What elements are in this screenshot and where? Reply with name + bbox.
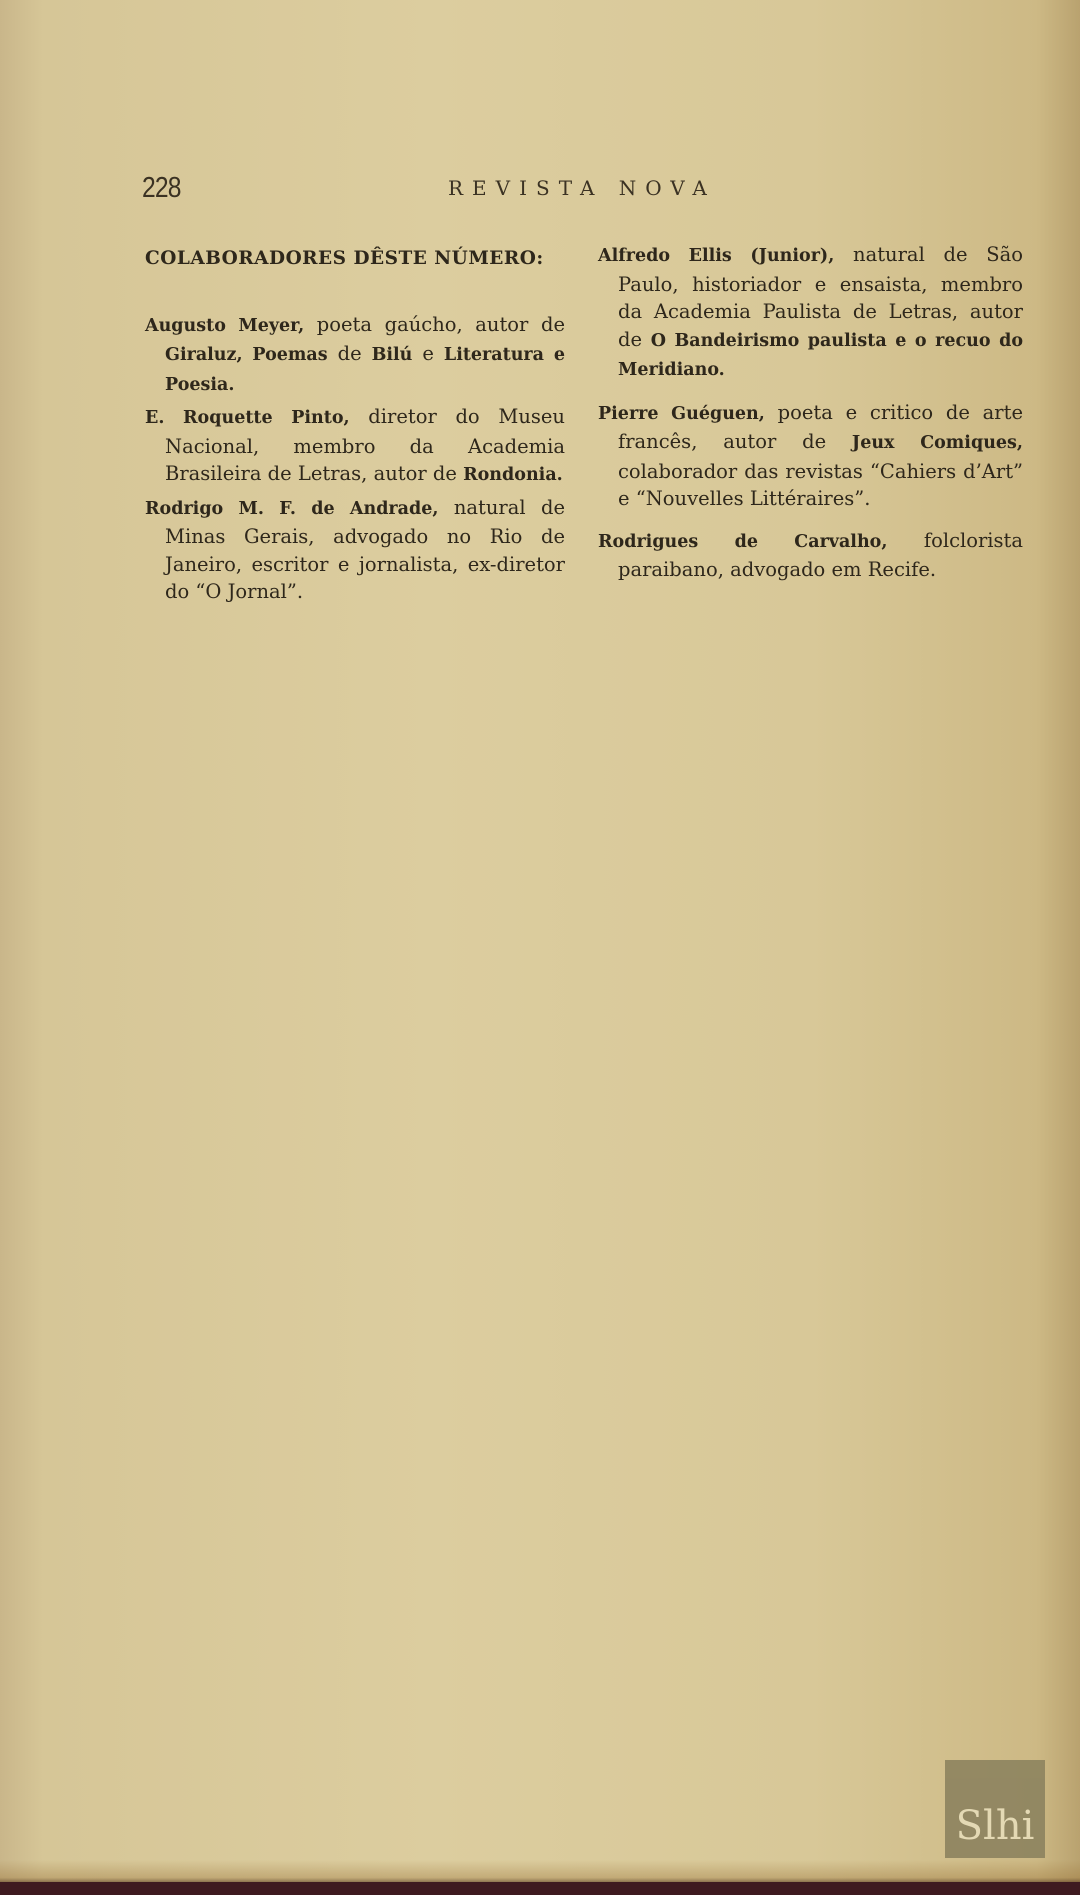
contributor-entry: Pierre Guéguen, poeta e critico de arte … — [598, 399, 1023, 513]
contributor-name: Pierre Guéguen, — [598, 404, 765, 424]
document-page: 228 REVISTA NOVA COLABORADORES DÊSTE NÚM… — [0, 0, 1080, 1882]
contributor-name: Rodrigues de Carvalho, — [598, 532, 887, 552]
right-column: Alfredo Ellis (Junior), natural de São P… — [598, 245, 1023, 598]
page-number: 228 — [142, 172, 181, 205]
contributor-name: Alfredo Ellis (Junior), — [598, 246, 834, 266]
running-head: 228 REVISTA NOVA — [0, 172, 1080, 212]
contributor-entry: Alfredo Ellis (Junior), natural de São P… — [598, 241, 1023, 385]
section-heading: COLABORADORES DÊSTE NÚMERO: — [145, 245, 565, 273]
contributor-name: Rodrigo M. F. de Andrade, — [145, 499, 438, 519]
contributor-entry: Rodrigues de Carvalho, folclorista parai… — [598, 527, 1023, 584]
journal-title: REVISTA NOVA — [448, 176, 716, 200]
contributor-name: Augusto Meyer, — [145, 316, 304, 336]
watermark-logo: Slhi — [945, 1760, 1045, 1858]
left-column: COLABORADORES DÊSTE NÚMERO: Augusto Meye… — [145, 245, 565, 610]
contributor-name: E. Roquette Pinto, — [145, 408, 350, 428]
binding-edge — [0, 1882, 1080, 1895]
contributor-entry: Augusto Meyer, poeta gaúcho, autor de Gi… — [145, 311, 565, 400]
watermark-text: Slhi — [956, 1806, 1035, 1846]
contributor-entry: Rodrigo M. F. de Andrade, natural de Min… — [145, 494, 565, 606]
contributor-entry: E. Roquette Pinto, diretor do Museu Naci… — [145, 403, 565, 490]
